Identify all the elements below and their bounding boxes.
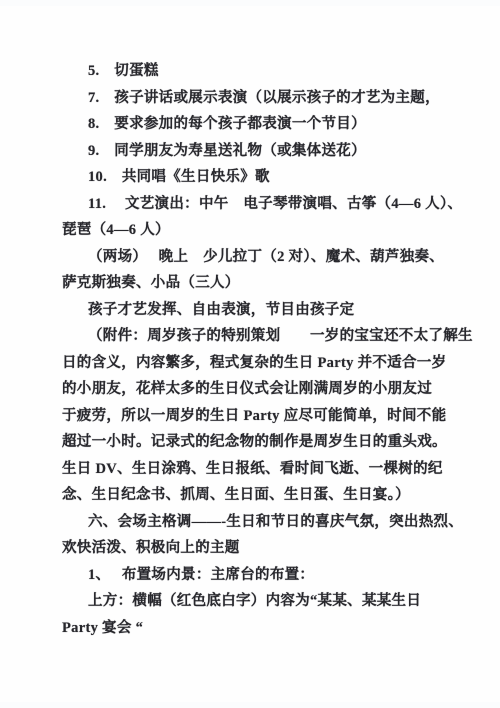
text-line: 琵琶（4—6 人） <box>62 217 464 244</box>
document-page: 5. 切蛋糕7. 孩子讲话或展示表演（以展示孩子的才艺为主题，8. 要求参加的每… <box>0 0 500 708</box>
text-line: Party 宴会 “ <box>62 615 464 642</box>
text-line: 欢快活泼、积极向上的主题 <box>62 535 464 562</box>
text-line: 9. 同学朋友为寿星送礼物（或集体送花） <box>62 138 464 165</box>
document-text-body: 5. 切蛋糕7. 孩子讲话或展示表演（以展示孩子的才艺为主题，8. 要求参加的每… <box>62 58 464 641</box>
text-line: 孩子才艺发挥、自由表演，节目由孩子定 <box>62 297 464 324</box>
text-line: 上方：横幅（红色底白字）内容为“某某、某某生日 <box>62 588 464 615</box>
text-line: 5. 切蛋糕 <box>62 58 464 85</box>
text-line: 萨克斯独奏、小品（三人） <box>62 270 464 297</box>
text-line: 7. 孩子讲话或展示表演（以展示孩子的才艺为主题， <box>62 85 464 112</box>
text-line: 超过一小时。记录式的纪念物的制作是周岁生日的重头戏。 <box>62 429 464 456</box>
text-line: 10. 共同唱《生日快乐》歌 <box>62 164 464 191</box>
text-line: 六、会场主格调——-生日和节日的喜庆气氛，突出热烈、 <box>62 509 464 536</box>
page-top-edge <box>0 0 500 6</box>
text-line: 念、生日纪念书、抓周、生日面、生日蛋、生日宴。） <box>62 482 464 509</box>
text-line: 11. 文艺演出：中午 电子琴带演唱、古筝（4—6 人）、 <box>62 191 464 218</box>
page-bottom-edge <box>0 702 500 708</box>
text-line: 于疲劳，所以一周岁的生日 Party 应尽可能简单，时间不能 <box>62 403 464 430</box>
text-line: 的小朋友，花样太多的生日仪式会让刚满周岁的小朋友过 <box>62 376 464 403</box>
text-line: 日的含义，内容繁多，程式复杂的生日 Party 并不适合一岁 <box>62 350 464 377</box>
text-line: 生日 DV、生日涂鸦、生日报纸、看时间飞逝、一棵树的纪 <box>62 456 464 483</box>
text-line: 8. 要求参加的每个孩子都表演一个节目） <box>62 111 464 138</box>
text-line: （两场） 晚上 少儿拉丁（2 对）、魔术、葫芦独奏、 <box>62 244 464 271</box>
text-line: （附件：周岁孩子的特别策划 一岁的宝宝还不太了解生 <box>62 323 464 350</box>
text-line: 1、 布置场内景：主席台的布置： <box>62 562 464 589</box>
